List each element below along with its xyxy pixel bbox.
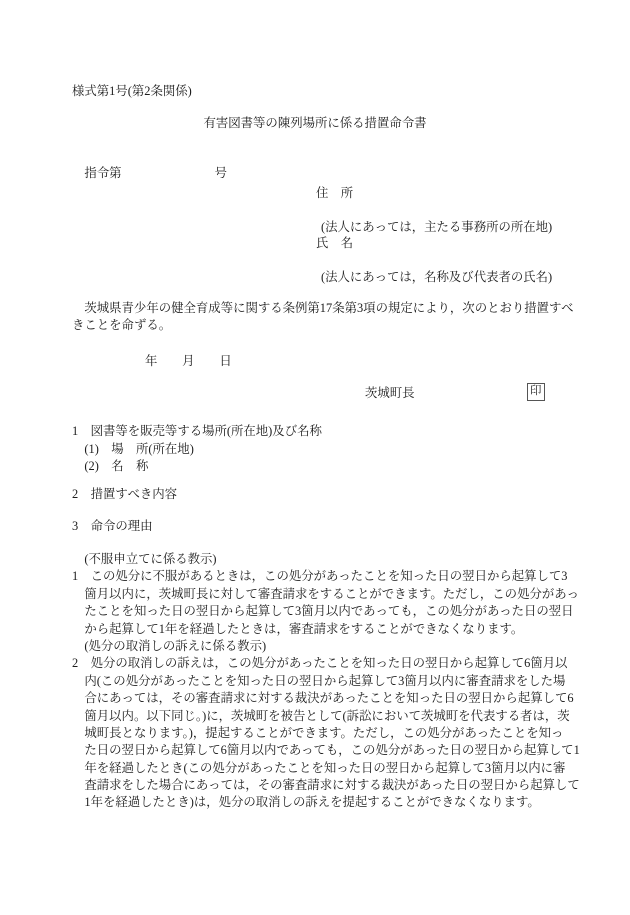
revocation-line: 合にあっては，その審査請求に対する裁決があったことを知った日の翌日から起算して6 [72,690,572,707]
directive-number-suffix: 号 [215,166,227,181]
appeal-line: 1 この処分に不服があるときは，この処分があったことを知った日の翌日から起算して… [72,568,572,585]
revocation-caption: (処分の取消しの訴えに係る教示) [72,638,572,655]
appeal-line: から起算して1年を経過したときは，審査請求をすることができなくなります。 [72,621,572,638]
directive-number-line: 指令第号 [72,151,227,196]
name-corporate-note: (法人にあっては，名称及び代表者の氏名) [321,270,552,285]
revocation-line: た日の翌日から起算して6箇月以内であっても，この処分があった日の翌日から起算して… [72,742,572,759]
appeal-caption: (不服申立てに係る教示) [72,551,572,568]
legal-notice-block: (不服申立てに係る教示) 1 この処分に不服があるときは，この処分があったことを… [72,551,572,812]
document-title: 有害図書等の陳列場所に係る措置命令書 [0,116,630,131]
order-statement-line-1: 茨城県青少年の健全育成等に関する条例第17条第3項の規定により，次のとおり措置す… [72,301,574,316]
revocation-line: 1年を経過したとき)は，処分の取消しの訴えを提起することができなくなります。 [72,794,572,811]
appeal-line: 箇月以内に，茨城町長に対して審査請求をすることができます。ただし，この処分があっ [72,586,572,603]
section-2-heading: 2 措置すべき内容 [72,487,177,502]
section-3-heading: 3 命令の理由 [72,519,153,534]
section-1-item-name: (2) 名 称 [72,459,148,474]
document-page: 様式第1号(第2条関係) 有害図書等の陳列場所に係る措置命令書 指令第号 住 所… [0,0,630,915]
signer-title: 茨城町長 [365,386,415,401]
form-label: 様式第1号(第2条関係) [72,84,192,99]
seal-mark: 印 [527,383,545,401]
revocation-line: 年を経過したとき(この処分があったことを知った日の翌日から起算して3箇月以内に審 [72,760,572,777]
revocation-line: 箇月以内。以下同じ。)に，茨城町を被告として(訴訟において茨城町を代表する者は，… [72,708,572,725]
revocation-line: 2 処分の取消しの訴えは，この処分があったことを知った日の翌日から起算して6箇月… [72,655,572,672]
address-corporate-note: (法人にあっては，主たる事務所の所在地) [321,220,552,235]
appeal-line: たことを知った日の翌日から起算して3箇月以内であっても，この処分があった日の翌日 [72,603,572,620]
address-label: 住 所 [316,186,353,201]
revocation-line: 査請求をした場合にあっては，その審査請求に対する裁決があった日の翌日から起算して [72,777,572,794]
directive-number-prefix: 指令第 [84,166,121,180]
revocation-line: 内(この処分があったことを知った日の翌日から起算して3箇月以内に審査請求をした場 [72,673,572,690]
order-statement-line-2: きことを命ずる。 [72,318,171,333]
name-label: 氏 名 [316,236,353,251]
section-1-heading: 1 図書等を販売等する場所(所在地)及び名称 [72,424,322,439]
revocation-line: 城町長となります。)，提起することができます。ただし，この処分があったことを知っ [72,725,572,742]
date-line: 年 月 日 [145,354,232,369]
section-1-item-place: (1) 場 所(所在地) [72,442,194,457]
